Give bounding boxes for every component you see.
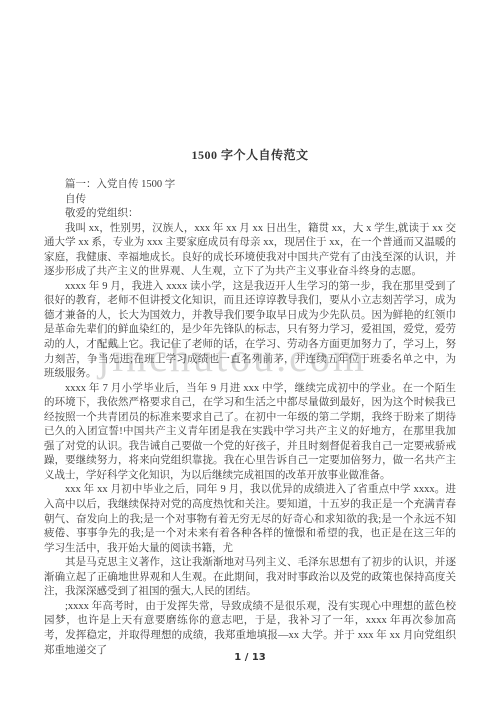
paragraph: xxxx 年 9 月，我进入 xxxx 读小学，这是我迈开人生学习的第一步，我在… [44,280,456,382]
paragraph-salutation: 敬爱的党组织： [44,207,456,222]
document-content: 1500 字个人自传范文 篇一：入党自传 1500 字 自传 敬爱的党组织： 我… [0,0,500,658]
paragraph-heading: 篇一：入党自传 1500 字 [44,178,456,193]
document-page: jinchutou.com 1500 字个人自传范文 篇一：入党自传 1500 … [0,0,500,708]
paragraph: xxxx 年 7 月小学毕业后，当年 9 月进 xxx 中学，继续完成初中的学业… [44,382,456,484]
page-number: 1 / 13 [0,652,500,663]
paragraph: 其是马克思主义著作，这让我渐渐地对马列主义、毛泽东思想有了初步的认识，并逐渐确立… [44,556,456,600]
document-title: 1500 字个人自传范文 [44,146,456,163]
paragraph: 我叫 xx，性别男，汉族人，xxx 年 xx 月 xx 日出生，籍贯 xx，大 … [44,222,456,280]
paragraph-subheading: 自传 [44,193,456,208]
paragraph: xxx 年 xx 月初中毕业之后，同年 9 月，我以优异的成绩进入了省重点中学 … [44,483,456,556]
paragraph: ;xxxx 年高考时，由于发挥失常，导致成绩不是很乐观，没有实现心中理想的蓝色校… [44,600,456,658]
